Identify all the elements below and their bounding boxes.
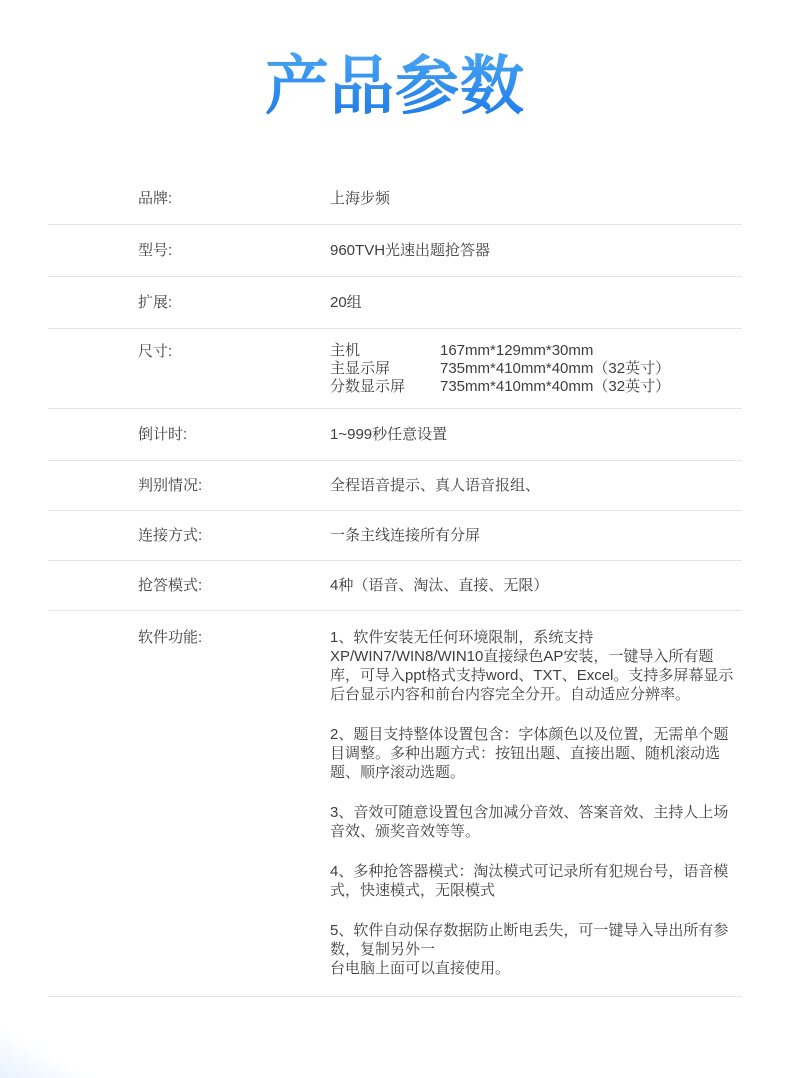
spec-label: 品牌:: [48, 189, 330, 209]
spec-table: 品牌: 上海步频 型号: 960TVH光速出题抢答器 扩展: 20组 尺寸: 主…: [48, 173, 742, 997]
spec-value: 上海步频: [330, 189, 742, 209]
spec-row-countdown: 倒计时: 1~999秒任意设置: [48, 409, 742, 461]
spec-label: 型号:: [48, 241, 330, 261]
spec-value-software: 1、软件安装无任何环境限制，系统支持 XP/WIN7/WIN8/WIN10直接绿…: [330, 628, 742, 978]
spec-row-software-features: 软件功能: 1、软件安装无任何环境限制，系统支持 XP/WIN7/WIN8/WI…: [48, 611, 742, 997]
dimension-line: 主机 167mm*129mm*30mm: [330, 342, 740, 360]
spec-row-model: 型号: 960TVH光速出题抢答器: [48, 225, 742, 277]
dimension-size: 735mm*410mm*40mm（32英寸）: [440, 360, 740, 378]
spec-value: 20组: [330, 293, 742, 313]
software-feature-paragraph: 4、多种抢答器模式：淘汰模式可记录所有犯规台号，语音模式，快速模式，无限模式: [330, 862, 740, 900]
spec-row-dimensions: 尺寸: 主机 167mm*129mm*30mm 主显示屏 735mm*410mm…: [48, 329, 742, 409]
software-feature-paragraph: 1、软件安装无任何环境限制，系统支持 XP/WIN7/WIN8/WIN10直接绿…: [330, 628, 740, 704]
spec-value-dimensions: 主机 167mm*129mm*30mm 主显示屏 735mm*410mm*40m…: [330, 342, 742, 396]
dimension-name: 主机: [330, 342, 440, 360]
spec-value: 960TVH光速出题抢答器: [330, 241, 742, 261]
software-feature-paragraph: 5、软件自动保存数据防止断电丢失，可一键导入导出所有参数，复制另外一 台电脑上面…: [330, 921, 740, 978]
spec-value: 一条主线连接所有分屏: [330, 526, 742, 546]
dimension-line: 分数显示屏 735mm*410mm*40mm（32英寸）: [330, 378, 740, 396]
spec-value: 4种（语音、淘汰、直接、无限）: [330, 576, 742, 596]
spec-value: 1~999秒任意设置: [330, 425, 742, 445]
dimension-size: 167mm*129mm*30mm: [440, 342, 740, 360]
page-title: 产品参数: [0, 48, 790, 125]
dimension-name: 分数显示屏: [330, 378, 440, 396]
corner-decoration: [0, 1030, 86, 1078]
spec-row-answer-mode: 抢答模式: 4种（语音、淘汰、直接、无限）: [48, 561, 742, 611]
spec-value: 全程语音提示、真人语音报组、: [330, 476, 742, 496]
software-feature-paragraph: 3、音效可随意设置包含加减分音效、答案音效、主持人上场音效、颁奖音效等等。: [330, 803, 740, 841]
software-feature-paragraph: 2、题目支持整体设置包含：字体颜色以及位置，无需单个题目调整。多种出题方式：按钮…: [330, 725, 740, 782]
product-specs-page: 产品参数 品牌: 上海步频 型号: 960TVH光速出题抢答器 扩展: 20组 …: [0, 0, 790, 1078]
spec-label: 扩展:: [48, 293, 330, 313]
dimension-size: 735mm*410mm*40mm（32英寸）: [440, 378, 740, 396]
dimension-name: 主显示屏: [330, 360, 440, 378]
spec-row-expansion: 扩展: 20组: [48, 277, 742, 329]
spec-row-judgment: 判别情况: 全程语音提示、真人语音报组、: [48, 461, 742, 511]
spec-label: 判别情况:: [48, 476, 330, 496]
spec-label: 倒计时:: [48, 425, 330, 445]
spec-label: 软件功能:: [48, 628, 330, 648]
spec-label: 连接方式:: [48, 526, 330, 546]
spec-label: 尺寸:: [48, 342, 330, 362]
spec-row-connection: 连接方式: 一条主线连接所有分屏: [48, 511, 742, 561]
spec-row-brand: 品牌: 上海步频: [48, 173, 742, 225]
dimension-line: 主显示屏 735mm*410mm*40mm（32英寸）: [330, 360, 740, 378]
spec-label: 抢答模式:: [48, 576, 330, 596]
